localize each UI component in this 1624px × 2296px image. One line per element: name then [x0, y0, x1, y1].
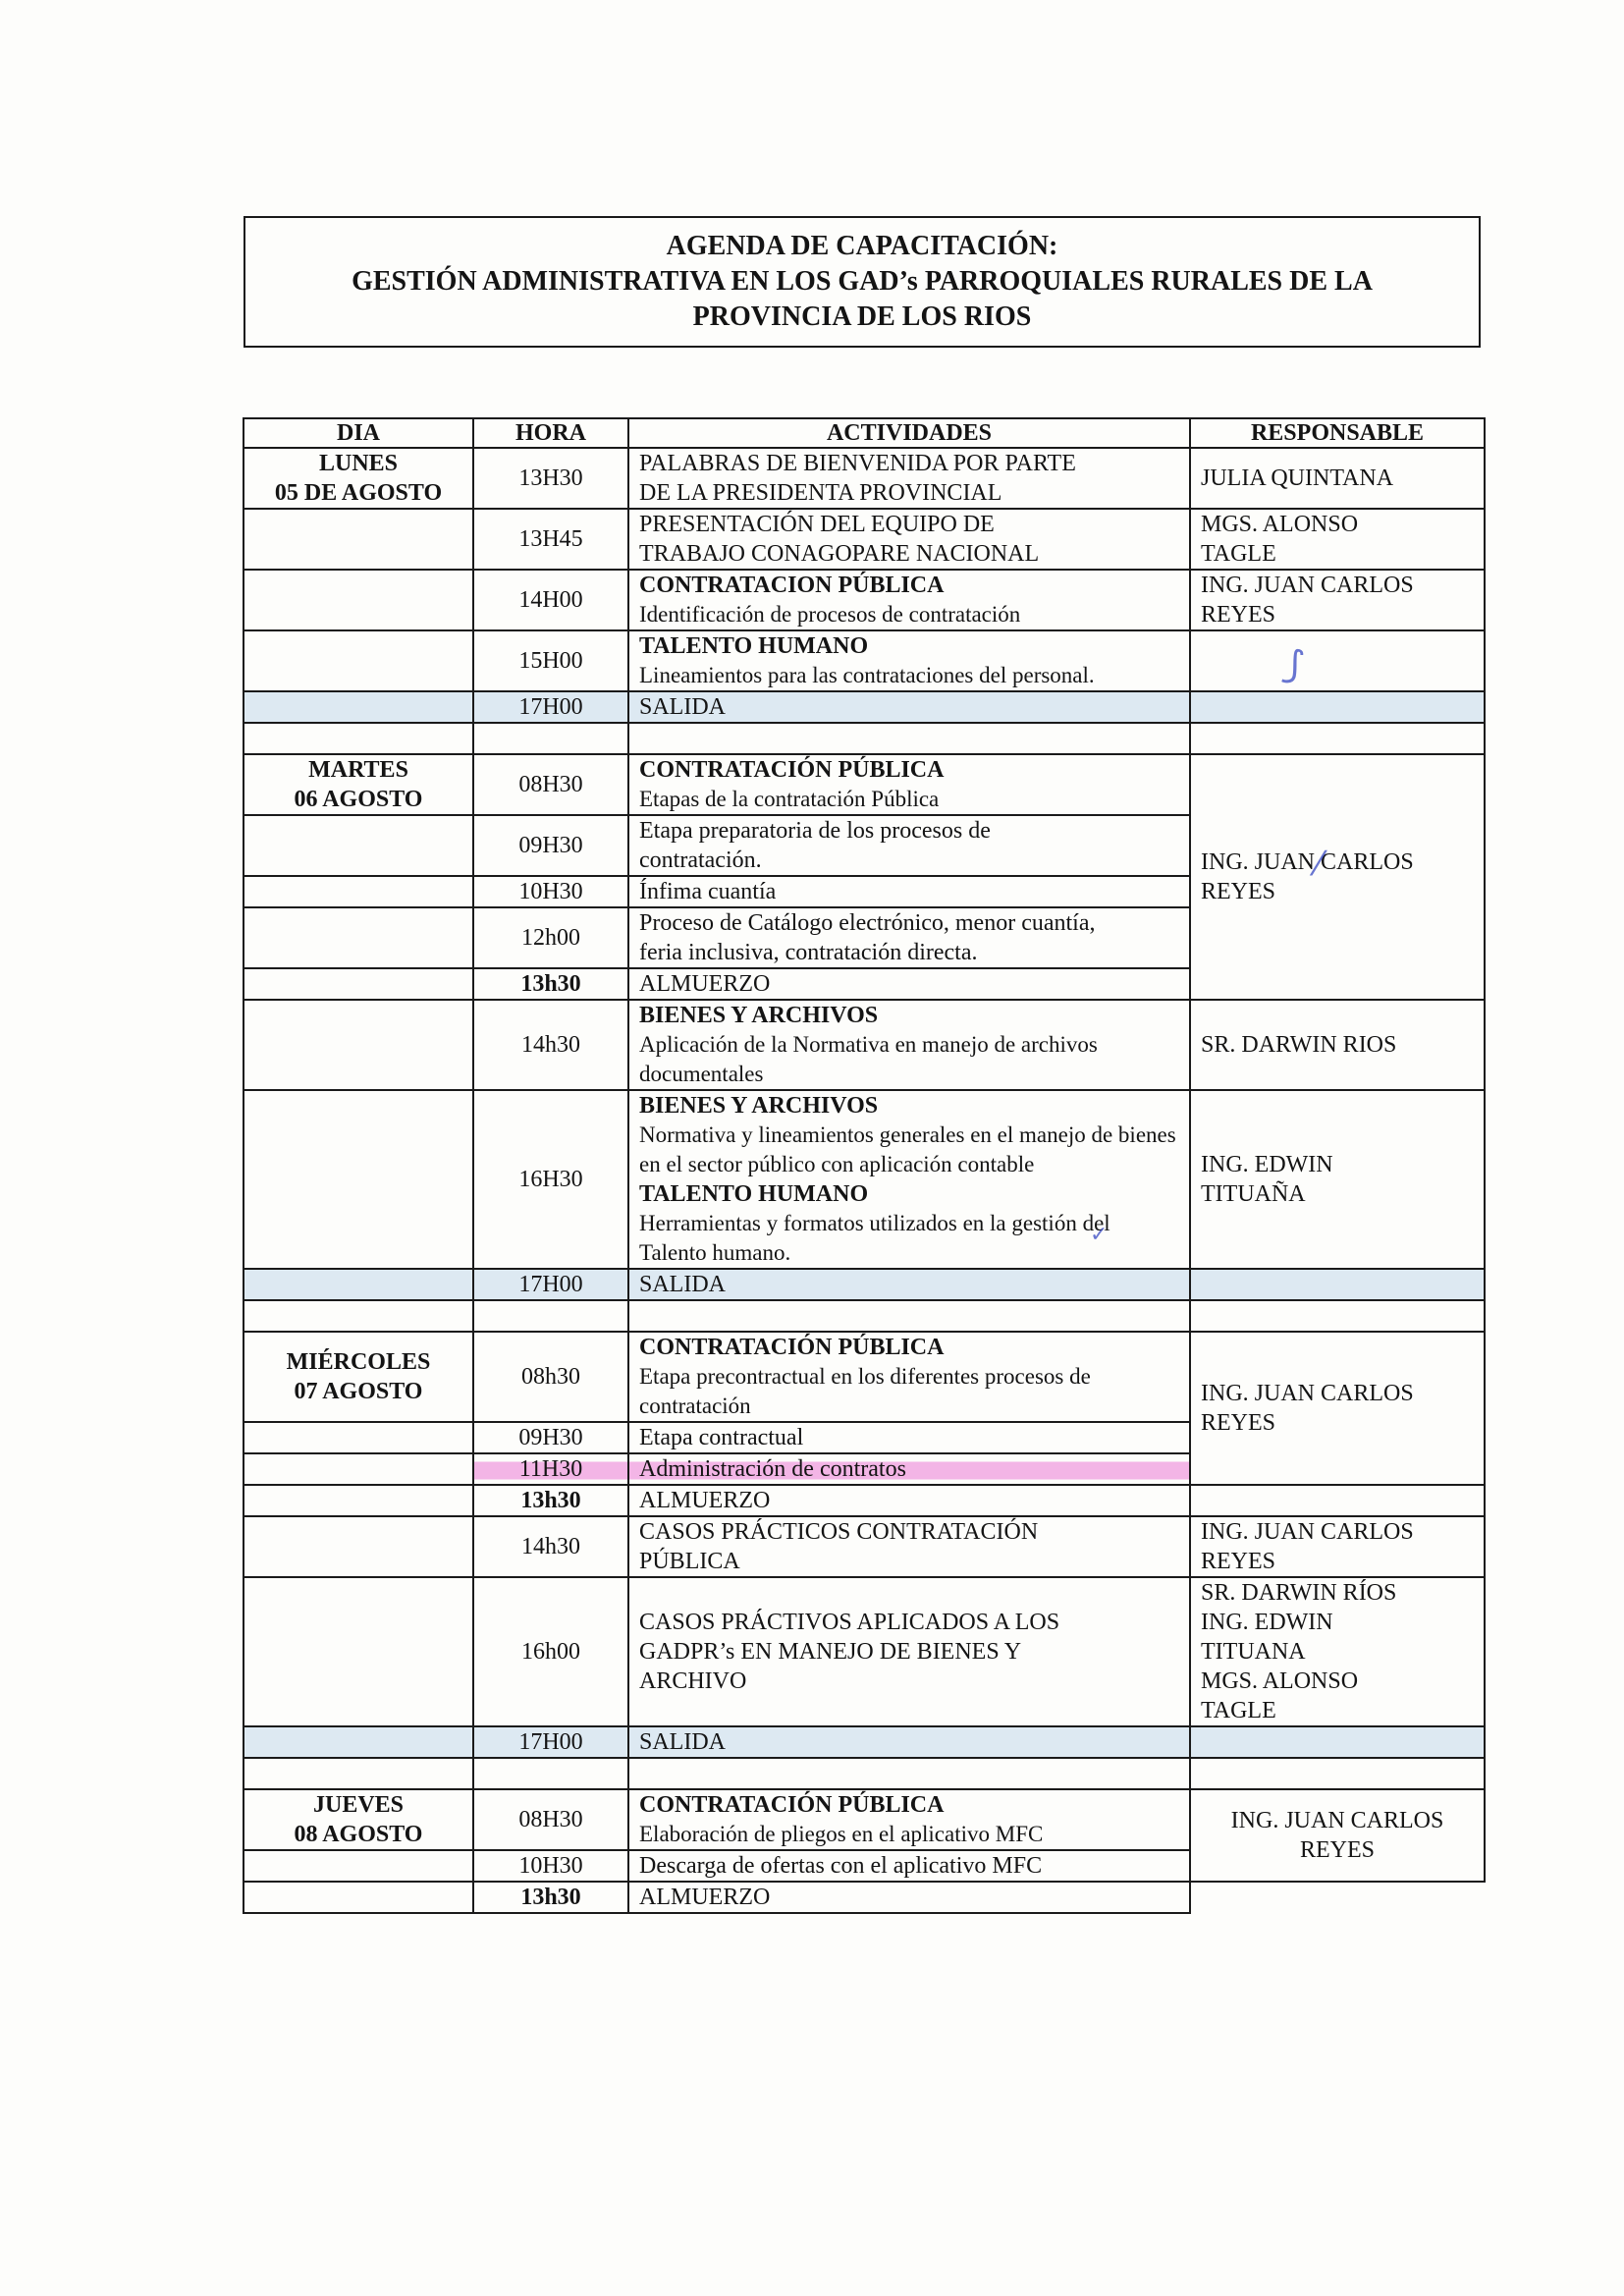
table-row: 13h30ALMUERZO — [244, 1485, 1485, 1516]
responsable-name: REYES — [1201, 877, 1474, 906]
activity-text: DE LA PRESIDENTA PROVINCIAL — [639, 478, 1179, 508]
activity-text: SALIDA — [639, 692, 1179, 722]
activity-text: Proceso de Catálogo electrónico, menor c… — [639, 908, 1179, 938]
activity-text: PRESENTACIÓN DEL EQUIPO DE — [639, 510, 1179, 539]
responsable-cell: SR. DARWIN RÍOSING. EDWINTITUANAMGS. ALO… — [1190, 1577, 1485, 1726]
activity-description: Elaboración de pliegos en el aplicativo … — [639, 1820, 1179, 1849]
activity-cell: ALMUERZO — [628, 968, 1190, 1000]
activity-description: Identificación de procesos de contrataci… — [639, 600, 1179, 629]
activity-cell: Etapa preparatoria de los procesos decon… — [628, 815, 1190, 876]
empty-cell — [628, 723, 1190, 754]
activity-cell: ALMUERZO — [628, 1485, 1190, 1516]
spacer-row — [244, 723, 1485, 754]
activity-text: Administración de contratos — [639, 1454, 1179, 1484]
responsable-cell: ING. JUAN CARLOSREYES — [1190, 754, 1485, 1000]
hora-cell: 09H30 — [473, 1422, 628, 1453]
activity-cell: SALIDA — [628, 691, 1190, 723]
activity-cell: Descarga de ofertas con el aplicativo MF… — [628, 1850, 1190, 1882]
table-row: 16H30BIENES Y ARCHIVOSNormativa y lineam… — [244, 1090, 1485, 1269]
activity-text: PALABRAS DE BIENVENIDA POR PARTE — [639, 449, 1179, 478]
hora-cell: 08h30 — [473, 1332, 628, 1422]
activity-text: ALMUERZO — [639, 1486, 1179, 1515]
agenda-title-box: AGENDA DE CAPACITACIÓN: GESTIÓN ADMINIST… — [244, 216, 1481, 348]
hora-cell: 14H00 — [473, 570, 628, 630]
day-cell-empty — [244, 1485, 473, 1516]
responsable-name: TAGLE — [1201, 1696, 1474, 1725]
hora-cell: 13h30 — [473, 968, 628, 1000]
activity-heading: CONTRATACIÓN PÚBLICA — [639, 1790, 1179, 1820]
empty-cell — [473, 1758, 628, 1789]
responsable-cell: ING. JUAN CARLOSREYES — [1190, 1332, 1485, 1485]
activity-heading: CONTRATACION PÚBLICA — [639, 571, 1179, 600]
salida-row: 17H00SALIDA — [244, 1269, 1485, 1300]
activity-text: GADPR’s EN MANEJO DE BIENES Y — [639, 1637, 1179, 1667]
day-label: MARTES — [254, 755, 462, 785]
title-line-2: GESTIÓN ADMINISTRATIVA EN LOS GAD’s PARR… — [352, 264, 1373, 300]
table-row: JUEVES08 AGOSTO08H30CONTRATACIÓN PÚBLICA… — [244, 1789, 1485, 1850]
responsable-cell: SR. DARWIN RIOS — [1190, 1000, 1485, 1090]
day-cell: MIÉRCOLES07 AGOSTO — [244, 1332, 473, 1422]
activity-cell: Etapa contractual — [628, 1422, 1190, 1453]
empty-cell — [244, 1300, 473, 1332]
hora-cell: 15H00 — [473, 630, 628, 691]
activity-cell: Ínfima cuantía — [628, 876, 1190, 907]
activity-cell: ALMUERZO — [628, 1882, 1190, 1913]
activity-cell: TALENTO HUMANOLineamientos para las cont… — [628, 630, 1190, 691]
hora-cell: 13h30 — [473, 1882, 628, 1913]
activity-heading: TALENTO HUMANO — [639, 631, 1179, 661]
day-cell: JUEVES08 AGOSTO — [244, 1789, 473, 1850]
hora-cell: 16H30 — [473, 1090, 628, 1269]
header-responsable: RESPONSABLE — [1190, 418, 1485, 448]
activity-text: contratación. — [639, 846, 1179, 875]
responsable-name: MGS. ALONSO — [1201, 1667, 1474, 1696]
activity-cell: CASOS PRÁCTICOS CONTRATACIÓNPÚBLICA — [628, 1516, 1190, 1577]
hora-cell: 17H00 — [473, 691, 628, 723]
day-cell-empty — [244, 630, 473, 691]
responsable-name: ING. EDWIN — [1201, 1608, 1474, 1637]
day-label: 05 DE AGOSTO — [254, 478, 462, 508]
day-cell-empty — [244, 509, 473, 570]
responsable-cell: MGS. ALONSOTAGLE — [1190, 509, 1485, 570]
day-label: JUEVES — [254, 1790, 462, 1820]
day-cell-empty — [244, 1726, 473, 1758]
header-dia: DIA — [244, 418, 473, 448]
day-label: LUNES — [254, 449, 462, 478]
responsable-name: ING. JUAN CARLOS — [1201, 1806, 1474, 1835]
activity-cell: Administración de contratos — [628, 1453, 1190, 1485]
empty-cell — [1190, 1300, 1485, 1332]
empty-cell — [1190, 1758, 1485, 1789]
responsable-name: REYES — [1201, 600, 1474, 629]
activity-text: Descarga de ofertas con el aplicativo MF… — [639, 1851, 1179, 1881]
empty-cell — [628, 1300, 1190, 1332]
table-row: 14h30CASOS PRÁCTICOS CONTRATACIÓNPÚBLICA… — [244, 1516, 1485, 1577]
day-cell-empty — [244, 815, 473, 876]
responsable-name: TITUANA — [1201, 1637, 1474, 1667]
responsable-name: SR. DARWIN RÍOS — [1201, 1578, 1474, 1608]
activity-text: CASOS PRÁCTIVOS APLICADOS A LOS — [639, 1608, 1179, 1637]
activity-cell: PALABRAS DE BIENVENIDA POR PARTEDE LA PR… — [628, 448, 1190, 509]
empty-cell — [473, 1300, 628, 1332]
day-label: 06 AGOSTO — [254, 785, 462, 814]
responsable-name: TITUAÑA — [1201, 1179, 1474, 1209]
responsable-name: JULIA QUINTANA — [1201, 464, 1474, 493]
activity-description: Lineamientos para las contrataciones del… — [639, 661, 1179, 690]
activity-cell: CONTRATACION PÚBLICAIdentificación de pr… — [628, 570, 1190, 630]
responsable-name: ING. EDWIN — [1201, 1150, 1474, 1179]
responsable-cell — [1190, 691, 1485, 723]
spacer-row — [244, 1758, 1485, 1789]
responsable-cell — [1190, 630, 1485, 691]
activity-heading: TALENTO HUMANO — [639, 1179, 1179, 1209]
activity-cell: CONTRATACIÓN PÚBLICAElaboración de plieg… — [628, 1789, 1190, 1850]
responsable-cell: JULIA QUINTANA — [1190, 448, 1485, 509]
table-row: 16h00CASOS PRÁCTIVOS APLICADOS A LOSGADP… — [244, 1577, 1485, 1726]
table-row: MIÉRCOLES07 AGOSTO08h30CONTRATACIÓN PÚBL… — [244, 1332, 1485, 1422]
empty-cell — [244, 1758, 473, 1789]
table-header-row: DIA HORA ACTIVIDADES RESPONSABLE — [244, 418, 1485, 448]
empty-cell — [473, 723, 628, 754]
activity-text: Ínfima cuantía — [639, 877, 1179, 906]
day-cell-empty — [244, 907, 473, 968]
responsable-cell — [1190, 1485, 1485, 1516]
pen-mark: ⁄ — [1316, 845, 1322, 884]
day-label: 07 AGOSTO — [254, 1377, 462, 1406]
activity-text: CASOS PRÁCTICOS CONTRATACIÓN — [639, 1517, 1179, 1547]
activity-heading: BIENES Y ARCHIVOS — [639, 1091, 1179, 1121]
activity-cell: CASOS PRÁCTIVOS APLICADOS A LOSGADPR’s E… — [628, 1577, 1190, 1726]
day-cell-empty — [244, 876, 473, 907]
day-cell-empty — [244, 570, 473, 630]
spacer-row — [244, 1300, 1485, 1332]
activity-description: Aplicación de la Normativa en manejo de … — [639, 1030, 1179, 1089]
day-label: MIÉRCOLES — [254, 1347, 462, 1377]
activity-heading: BIENES Y ARCHIVOS — [639, 1001, 1179, 1030]
day-cell-empty — [244, 1422, 473, 1453]
activity-heading: CONTRATACIÓN PÚBLICA — [639, 755, 1179, 785]
responsable-name: ING. JUAN CARLOS — [1201, 1517, 1474, 1547]
hora-cell: 16h00 — [473, 1577, 628, 1726]
responsable-cell: ING. JUAN CARLOSREYES — [1190, 1516, 1485, 1577]
activity-description: Etapa precontractual en los diferentes p… — [639, 1362, 1179, 1421]
hora-cell: 10H30 — [473, 1850, 628, 1882]
salida-row: 17H00SALIDA — [244, 691, 1485, 723]
responsable-cell: ING. EDWINTITUAÑA — [1190, 1090, 1485, 1269]
hora-cell: 08H30 — [473, 754, 628, 815]
empty-cell — [628, 1758, 1190, 1789]
table-row: LUNES05 DE AGOSTO13H30PALABRAS DE BIENVE… — [244, 448, 1485, 509]
empty-cell — [1190, 723, 1485, 754]
day-label: 08 AGOSTO — [254, 1820, 462, 1849]
activity-cell: BIENES Y ARCHIVOSAplicación de la Normat… — [628, 1000, 1190, 1090]
activity-heading: CONTRATACIÓN PÚBLICA — [639, 1333, 1179, 1362]
activity-text: ALMUERZO — [639, 1883, 1179, 1912]
hora-cell: 14h30 — [473, 1000, 628, 1090]
activity-cell: SALIDA — [628, 1269, 1190, 1300]
responsable-name: ING. JUAN CARLOS — [1201, 847, 1474, 877]
table-row: 13h30ALMUERZO — [244, 1882, 1485, 1913]
activity-cell: SALIDA — [628, 1726, 1190, 1758]
hora-cell: 13H30 — [473, 448, 628, 509]
salida-row: 17H00SALIDA — [244, 1726, 1485, 1758]
day-cell-empty — [244, 691, 473, 723]
hora-cell: 17H00 — [473, 1269, 628, 1300]
responsable-name: MGS. ALONSO — [1201, 510, 1474, 539]
activity-text: feria inclusiva, contratación directa. — [639, 938, 1179, 967]
activity-text: ARCHIVO — [639, 1667, 1179, 1696]
activity-description: Normativa y lineamientos generales en el… — [639, 1121, 1179, 1179]
responsable-cell: ING. JUAN CARLOSREYES — [1190, 570, 1485, 630]
responsable-name: SR. DARWIN RIOS — [1201, 1030, 1474, 1060]
title-line-3: PROVINCIA DE LOS RIOS — [693, 300, 1032, 335]
responsable-name: REYES — [1201, 1547, 1474, 1576]
table-row: 14h30BIENES Y ARCHIVOSAplicación de la N… — [244, 1000, 1485, 1090]
hora-cell: 11H30 — [473, 1453, 628, 1485]
day-cell-empty — [244, 1850, 473, 1882]
day-cell-empty — [244, 1000, 473, 1090]
title-line-1: AGENDA DE CAPACITACIÓN: — [667, 229, 1058, 264]
hora-cell: 12h00 — [473, 907, 628, 968]
hora-cell: 14h30 — [473, 1516, 628, 1577]
responsable-name: ING. JUAN CARLOS — [1201, 571, 1474, 600]
day-cell-empty — [244, 1269, 473, 1300]
hora-cell: 09H30 — [473, 815, 628, 876]
responsable-cell: ING. JUAN CARLOSREYES — [1190, 1789, 1485, 1882]
responsable-name: ING. JUAN CARLOS — [1201, 1379, 1474, 1408]
activity-cell: PRESENTACIÓN DEL EQUIPO DETRABAJO CONAGO… — [628, 509, 1190, 570]
responsable-name: REYES — [1201, 1835, 1474, 1865]
hora-cell: 08H30 — [473, 1789, 628, 1850]
empty-cell — [244, 723, 473, 754]
table-row: 14H00CONTRATACION PÚBLICAIdentificación … — [244, 570, 1485, 630]
header-hora: HORA — [473, 418, 628, 448]
activity-text: Etapa contractual — [639, 1423, 1179, 1452]
table-row: MARTES06 AGOSTO08H30CONTRATACIÓN PÚBLICA… — [244, 754, 1485, 815]
responsable-name: REYES — [1201, 1408, 1474, 1438]
activity-text: SALIDA — [639, 1270, 1179, 1299]
day-cell-empty — [244, 1882, 473, 1913]
activity-text: PÚBLICA — [639, 1547, 1179, 1576]
hora-cell: 13H45 — [473, 509, 628, 570]
responsable-name: TAGLE — [1201, 539, 1474, 569]
day-cell: MARTES06 AGOSTO — [244, 754, 473, 815]
hora-cell: 13h30 — [473, 1485, 628, 1516]
hora-cell: 17H00 — [473, 1726, 628, 1758]
activity-cell: Proceso de Catálogo electrónico, menor c… — [628, 907, 1190, 968]
agenda-table: DIA HORA ACTIVIDADES RESPONSABLE LUNES05… — [243, 417, 1486, 1914]
activity-description: Etapas de la contratación Pública — [639, 785, 1179, 814]
hora-cell: 10H30 — [473, 876, 628, 907]
day-cell-empty — [244, 968, 473, 1000]
day-cell-empty — [244, 1090, 473, 1269]
pen-check-mark: ✓ — [1090, 1223, 1108, 1247]
activity-text: TRABAJO CONAGOPARE NACIONAL — [639, 539, 1179, 569]
day-cell-empty — [244, 1516, 473, 1577]
activity-cell: CONTRATACIÓN PÚBLICAEtapa precontractual… — [628, 1332, 1190, 1422]
responsable-cell — [1190, 1726, 1485, 1758]
activity-text: ALMUERZO — [639, 969, 1179, 999]
activity-text: Etapa preparatoria de los procesos de — [639, 816, 1179, 846]
day-cell-empty — [244, 1453, 473, 1485]
responsable-cell — [1190, 1269, 1485, 1300]
day-cell-empty — [244, 1577, 473, 1726]
activity-cell: CONTRATACIÓN PÚBLICAEtapas de la contrat… — [628, 754, 1190, 815]
activity-text: SALIDA — [639, 1727, 1179, 1757]
table-row: 13H45PRESENTACIÓN DEL EQUIPO DETRABAJO C… — [244, 509, 1485, 570]
header-actividades: ACTIVIDADES — [628, 418, 1190, 448]
day-cell: LUNES05 DE AGOSTO — [244, 448, 473, 509]
